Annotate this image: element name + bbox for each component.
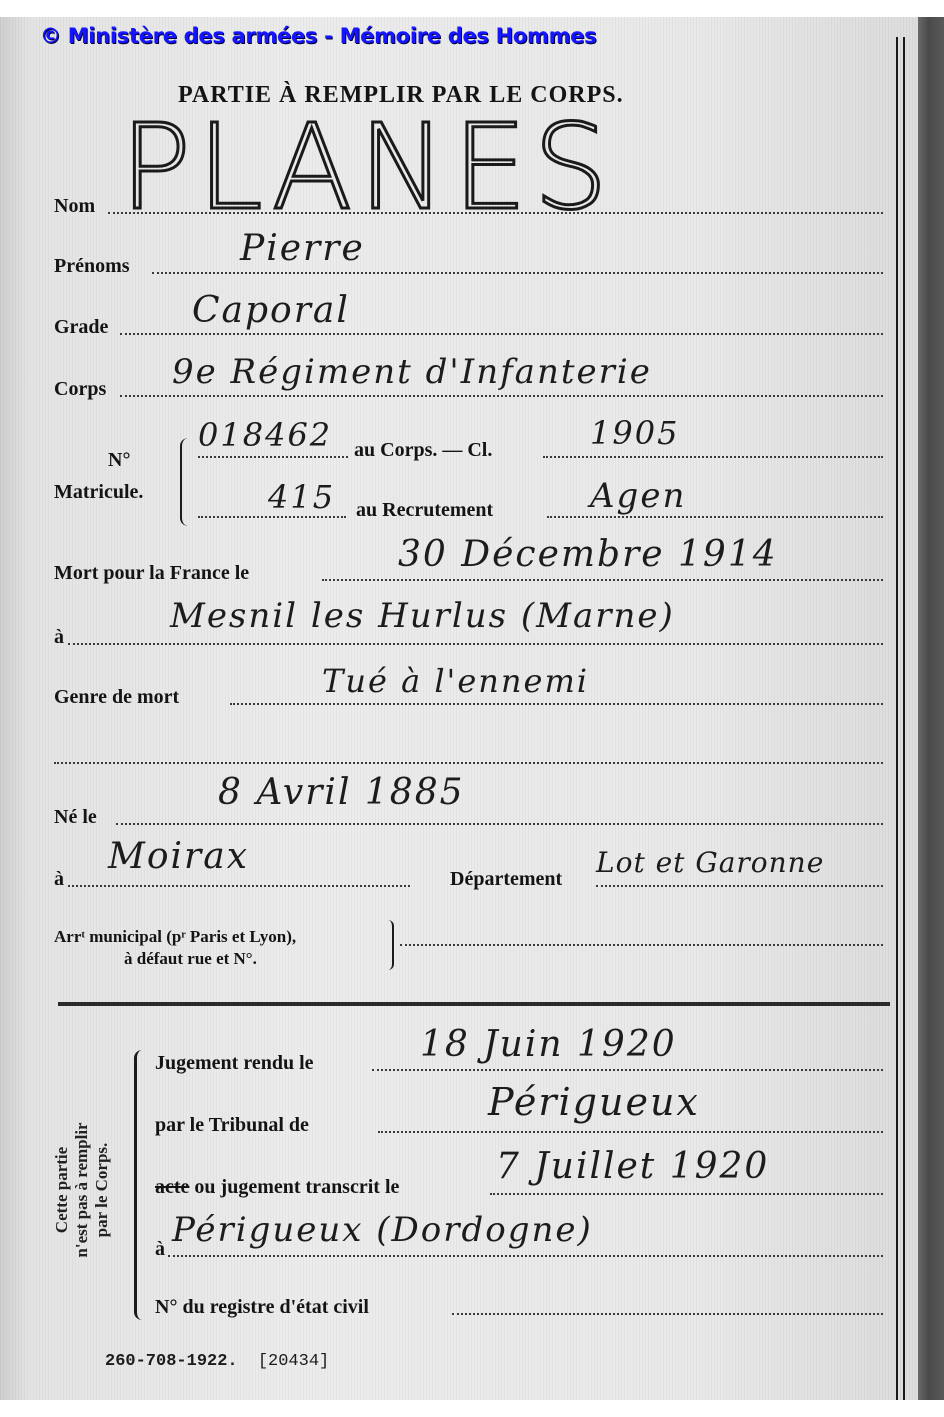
tribunal-label: par le Tribunal de xyxy=(155,1114,309,1137)
transcrit-lieu-label: à xyxy=(155,1238,165,1261)
grade-label: Grade xyxy=(54,316,108,339)
side-note-line: par le Corps. xyxy=(92,1080,112,1300)
au-recrutement-label: au Recrutement xyxy=(356,499,493,522)
ne-le-line xyxy=(116,823,883,825)
genre-mort-line xyxy=(230,703,883,705)
nom-label: Nom xyxy=(54,195,95,218)
recrutement-number: 415 xyxy=(268,478,335,516)
mort-lieu-line xyxy=(68,643,883,645)
genre-mort-value: Tué à l'ennemi xyxy=(322,662,589,700)
nom-line xyxy=(108,212,883,214)
mort-lieu-value: Mesnil les Hurlus (Marne) xyxy=(170,596,675,636)
transcrit-label: ou jugement transcrit le xyxy=(194,1176,399,1198)
prenoms-line xyxy=(152,272,883,274)
matricule-corps-line xyxy=(198,456,348,458)
transcrit-line xyxy=(490,1193,883,1195)
binding-edge xyxy=(918,17,944,1400)
section-b-note: Cette partie n'est pas à remplir par le … xyxy=(52,1080,112,1300)
ne-lieu-label: à xyxy=(54,868,64,891)
departement-line xyxy=(596,885,883,887)
jugement-date-value: 18 Juin 1920 xyxy=(420,1024,677,1065)
prenoms-value: Pierre xyxy=(240,228,365,269)
matricule-label-no: N° xyxy=(108,449,130,472)
jugement-date-label: Jugement rendu le xyxy=(155,1052,314,1075)
departement-value: Lot et Garonne xyxy=(596,846,824,879)
arrondissement-line xyxy=(400,944,883,946)
margin-rule xyxy=(896,37,898,1400)
mort-date-value: 30 Décembre 1914 xyxy=(398,534,778,575)
mort-date-label: Mort pour la France le xyxy=(54,562,249,585)
registre-label: N° du registre d'état civil xyxy=(155,1296,369,1319)
matricule-corps-number: 018462 xyxy=(198,416,332,454)
arrondissement-brace xyxy=(388,920,394,970)
genre-mort-label: Genre de mort xyxy=(54,686,179,709)
ne-le-value: 8 Avril 1885 xyxy=(218,772,465,813)
print-code: [20434] xyxy=(258,1352,329,1371)
transcrit-lieu-value: Périgueux (Dordogne) xyxy=(172,1210,593,1250)
arrondissement-sublabel: à défaut rue et N°. xyxy=(124,949,257,969)
print-reference: 260-708-1922. [20434] xyxy=(105,1352,329,1371)
au-corps-label: au Corps. — Cl. xyxy=(354,439,492,462)
matricule-label: Matricule. xyxy=(54,481,143,504)
corps-label: Corps xyxy=(54,378,106,401)
recrutement-number-line xyxy=(198,516,346,518)
side-note-line: n'est pas à remplir xyxy=(72,1080,92,1300)
prenoms-label: Prénoms xyxy=(54,255,130,278)
matricule-brace xyxy=(180,438,192,526)
grade-value: Caporal xyxy=(192,290,350,331)
recrutement-value: Agen xyxy=(590,476,686,516)
arrondissement-label: Arrᵗ municipal (pʳ Paris et Lyon), xyxy=(54,927,296,947)
recrutement-line xyxy=(547,516,883,518)
grade-line xyxy=(120,333,883,335)
tribunal-value: Périgueux xyxy=(488,1080,700,1124)
section-separator xyxy=(58,1002,890,1006)
print-ref-number: 260-708-1922. xyxy=(105,1352,238,1371)
corps-line xyxy=(120,395,883,397)
transcrit-value: 7 Juillet 1920 xyxy=(496,1146,769,1187)
transcrit-label-row: acte ou jugement transcrit le xyxy=(155,1176,399,1199)
mort-date-line xyxy=(322,579,883,581)
side-note-line: Cette partie xyxy=(52,1080,72,1300)
registre-line xyxy=(452,1313,883,1315)
classe-value: 1905 xyxy=(590,414,679,452)
ne-lieu-line xyxy=(68,885,410,887)
blank-line xyxy=(54,762,883,764)
ne-lieu-value: Moirax xyxy=(108,836,249,877)
jugement-date-line xyxy=(372,1069,883,1071)
transcrit-lieu-line xyxy=(168,1255,883,1257)
section-b-brace xyxy=(134,1050,147,1320)
ne-le-label: Né le xyxy=(54,806,97,829)
departement-label: Département xyxy=(450,868,562,891)
corps-value: 9e Régiment d'Infanterie xyxy=(172,352,652,392)
copyright-watermark: © Ministère des armées - Mémoire des Hom… xyxy=(40,24,596,48)
margin-rule xyxy=(903,37,905,1400)
mort-lieu-label: à xyxy=(54,626,64,649)
surname-value: PLANES xyxy=(120,108,614,226)
tribunal-line xyxy=(378,1131,883,1133)
struck-acte: acte xyxy=(155,1176,189,1198)
classe-line xyxy=(543,456,883,458)
